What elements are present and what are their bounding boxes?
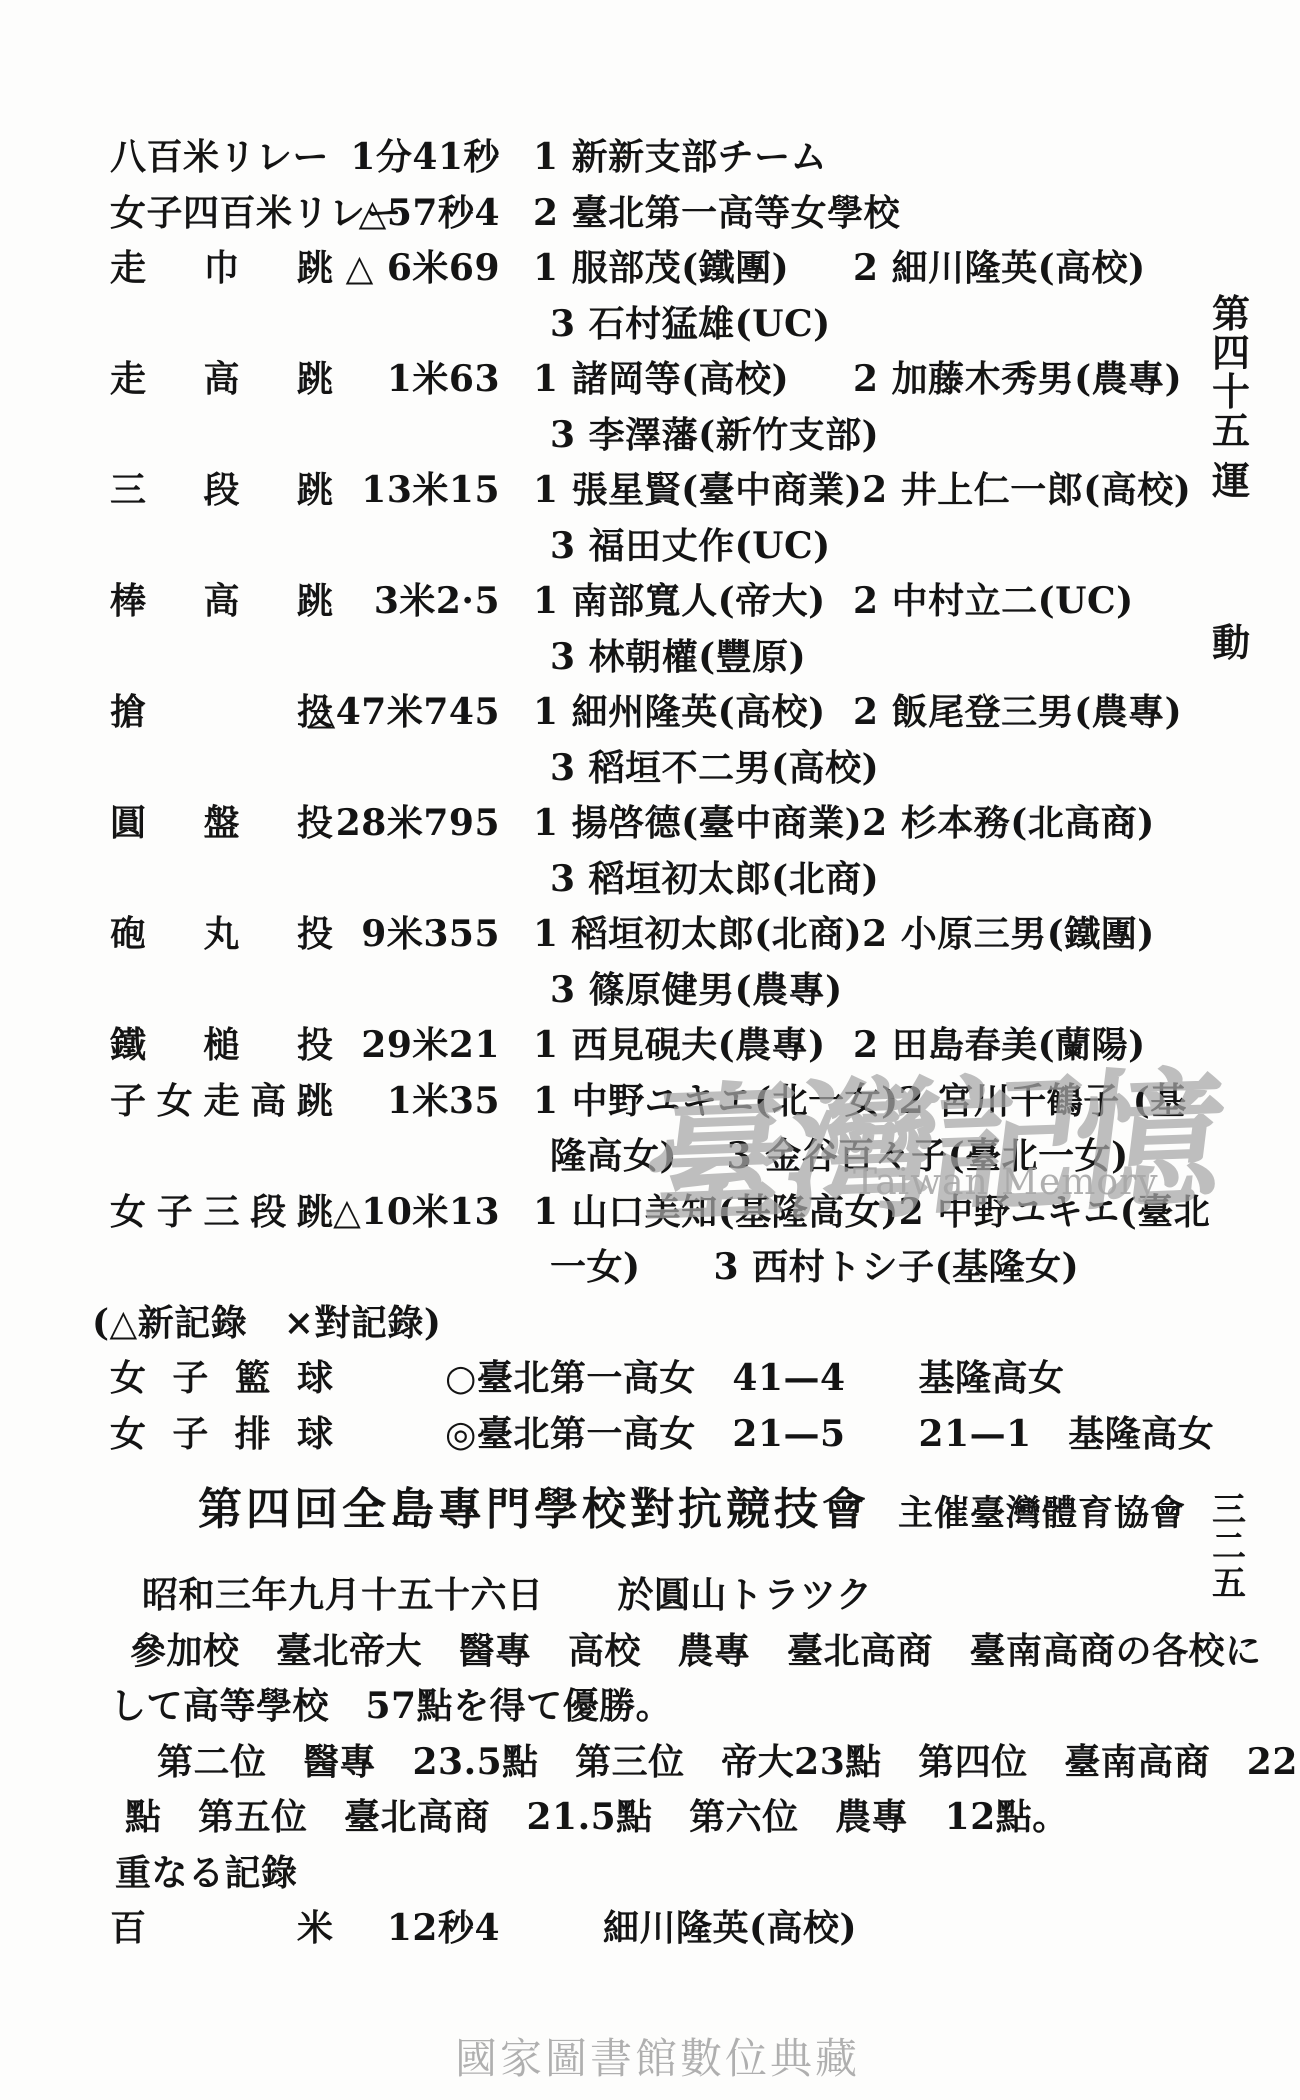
placing-second: 2 杉本務(北高商) [862,796,1155,852]
placing-second: 2 細川隆英(高校) [853,241,1146,297]
participants-text-1: 參加校 臺北帝大 醫專 高校 農專 臺北高商 臺南高商の各校に [130,1624,1262,1680]
event-char: 搶 [110,685,146,741]
record-legend-text: (△新記錄 ×對記錄) [92,1296,441,1352]
event-name: 子女走高跳 [110,1074,333,1130]
event-name: 圓盤投 [110,796,333,852]
record-row: 走巾跳△ 6米691 服部茂(鐵團)2 細川隆英(高校) [110,241,1200,297]
ball-games-list: 女子籃球○臺北第一高女 41—4 基隆高女女子排球◎臺北第一高女 21—5 21… [110,1351,1200,1462]
record-row-continuation: 3 稻垣不二男(高校) [110,741,1200,797]
meet-organizer: 主催臺灣體育協會 [898,1488,1186,1540]
placing-first: 1 揚啓德(臺中商業) [533,796,862,852]
placings: 2 臺北第一高等女學校 [500,186,900,242]
placing-third: 一女) 3 西村トシ子(基隆女) [550,1240,1079,1296]
placing-first: 1 張星賢(臺中商業) [533,463,862,519]
record-value: △47米745 [333,685,500,741]
record-legend: (△新記錄 ×對記錄) [92,1296,1200,1352]
event-char: 跳 [297,1074,333,1130]
event-name: 百米 [110,1901,333,1957]
standings-text-2: 點 第五位 臺北高商 21.5點 第六位 農專 12點。 [125,1790,1069,1846]
vertical-char: 十 [1212,372,1250,411]
participants-line-1: 參加校 臺北帝大 醫專 高校 農專 臺北高商 臺南高商の各校に [110,1624,1200,1680]
record-row-continuation: 3 福田丈作(UC) [110,519,1200,575]
placings: 1 服部茂(鐵團)2 細川隆英(高校) [500,241,1146,297]
record-value: △10米13 [333,1185,500,1241]
vertical-char: 四 [1212,333,1250,372]
placing-third: 3 石村猛雄(UC) [550,297,831,353]
event-name: 八百米リレー [110,130,333,186]
event-char: 跳 [297,574,333,630]
event-char: 鐵 [110,1018,146,1074]
placing-second: 2 井上仁一郎(高校) [862,463,1191,519]
placings: 1 南部寬人(帝大)2 中村立二(UC) [500,574,1134,630]
event-char: 女 [110,1407,146,1463]
placing-second: 2 中村立二(UC) [853,574,1134,630]
record-row: 搶投△47米7451 細州隆英(高校)2 飯尾登三男(農專) [110,685,1200,741]
placing-second: 2 田島春美(蘭陽) [853,1018,1146,1074]
event-name: 女子四百米リレー [110,186,333,242]
event-name: 走巾跳 [110,241,333,297]
placing-third: 3 篠原健男(農專) [550,963,843,1019]
standings-line-1: 第二位 醫專 23.5點 第三位 帝大23點 第四位 臺南高商 22 [110,1735,1200,1791]
event-char: 球 [297,1407,333,1463]
event-char: 跳 [297,241,333,297]
event-name: 砲丸投 [110,907,333,963]
record-value: 29米21 [333,1018,500,1074]
event-char: 高 [203,574,239,630]
record-value: △57秒4 [333,186,500,242]
ball-game-result: ◎臺北第一高女 21—5 21—1 基隆高女 [445,1407,1214,1463]
placing-first: 1 山口美知(基隆高女) [533,1185,899,1241]
event-char: 三 [203,1185,239,1241]
margin-label-dou: 動 [1208,623,1254,662]
athletic-records-list: 八百米リレー1分41秒1 新新支部チーム女子四百米リレー△57秒42 臺北第一高… [110,130,1200,1296]
event-name: 搶投 [110,685,333,741]
placing-first: 1 西見硯夫(農專) [533,1018,853,1074]
placing-first: 1 新新支部チーム [533,130,853,186]
record-row: 女子三段跳△10米131 山口美知(基隆高女)2 中野ユキエ(臺北 [110,1185,1200,1241]
placing-third: 3 稻垣初太郎(北商) [550,852,879,908]
record-row-continuation: 3 稻垣初太郎(北商) [110,852,1200,908]
vertical-char: 二 [1212,1529,1246,1566]
event-char: 巾 [203,241,239,297]
event-char: 高 [203,352,239,408]
placing-third: 3 福田丈作(UC) [550,519,831,575]
ball-game-row: 女子籃球○臺北第一高女 41—4 基隆高女 [110,1351,1200,1407]
record-row-continuation: 一女) 3 西村トシ子(基隆女) [110,1240,1200,1296]
event-char: 段 [250,1185,286,1241]
placing-first: 細川隆英(高校) [603,1901,857,1957]
event-char: 跳 [297,1185,333,1241]
record-row: 走高跳1米631 諸岡等(高校)2 加藤木秀男(農專) [110,352,1200,408]
event-name: 女子三段跳 [110,1185,333,1241]
ball-game-row: 女子排球◎臺北第一高女 21—5 21—1 基隆高女 [110,1407,1200,1463]
record-row: 鐵槌投29米211 西見硯夫(農專)2 田島春美(蘭陽) [110,1018,1200,1074]
placing-third: 3 林朝權(豐原) [550,630,806,686]
event-name: 走高跳 [110,352,333,408]
record-row: 女子四百米リレー△57秒42 臺北第一高等女學校 [110,186,1200,242]
placing-first: 1 中野ユキエ(北一女) [533,1074,899,1130]
record-row: 八百米リレー1分41秒1 新新支部チーム [110,130,1200,186]
record-row: 子女走高跳1米351 中野ユキエ(北一女)2 宮川千鶴子 (基 [110,1074,1200,1130]
standings-text-1: 第二位 醫專 23.5點 第三位 帝大23點 第四位 臺南高商 22 [157,1735,1298,1791]
record-value: 3米2·5 [333,574,500,630]
record-row-continuation: 隆高女) 3 金谷百々子(臺北一女) [110,1129,1200,1185]
event-char: 棒 [110,574,146,630]
placings: 1 諸岡等(高校)2 加藤木秀男(農專) [500,352,1182,408]
placing-second: 2 中野ユキエ(臺北 [899,1185,1211,1241]
event-char: 跳 [297,463,333,519]
event-char: 女 [110,1351,146,1407]
meet-record-row-host: 百米12秒4細川隆英(高校) [110,1901,1200,1957]
event-char: 投 [297,796,333,852]
placing-third: 隆高女) 3 金谷百々子(臺北一女) [550,1129,1129,1185]
meet-heading: 第四回全島專門學校對抗競技會 主催臺灣體育協會 [198,1478,1200,1540]
placing-second: 2 小原三男(鐵團) [862,907,1155,963]
event-char: 段 [203,463,239,519]
event-char: 子 [157,1185,193,1241]
record-value: 12秒4 [333,1901,500,1957]
placings: 1 張星賢(臺中商業)2 井上仁一郎(高校) [500,463,1191,519]
meet-date-line: 昭和三年九月十五十六日 於圓山トラツク [110,1568,1200,1624]
record-row: 砲丸投9米3551 稻垣初太郎(北商)2 小原三男(鐵團) [110,907,1200,963]
placing-first: 1 服部茂(鐵團) [533,241,853,297]
record-row-continuation: 3 李澤藩(新竹支部) [110,408,1200,464]
placing-first: 1 稻垣初太郎(北商) [533,907,862,963]
participants-text-2: して高等學校 57點を得て優勝。 [110,1679,672,1735]
event-char: 圓 [110,796,146,852]
event-char: 盤 [203,796,239,852]
event-char: 走 [110,241,146,297]
record-row-continuation: 3 石村猛雄(UC) [110,297,1200,353]
placing-third: 3 稻垣不二男(高校) [550,741,879,797]
placing-first: 1 諸岡等(高校) [533,352,853,408]
event-char: 砲 [110,907,146,963]
event-char: 子 [172,1351,208,1407]
participants-line-2: して高等學校 57點を得て優勝。 [110,1679,1200,1735]
placings: 1 稻垣初太郎(北商)2 小原三男(鐵團) [500,907,1155,963]
vertical-char: 動 [1212,623,1250,662]
placing-first: 2 臺北第一高等女學校 [533,186,900,242]
record-row-continuation: 3 林朝權(豐原) [110,630,1200,686]
event-char: 三 [110,463,146,519]
watermark-national-library: 國家圖書館數位典藏 [455,2026,860,2086]
event-char: 女 [157,1074,193,1130]
vertical-char: 五 [1212,1566,1246,1603]
vertical-char: 運 [1212,461,1250,500]
placings: 1 揚啓德(臺中商業)2 杉本務(北高商) [500,796,1155,852]
placing-second: 2 加藤木秀男(農專) [853,352,1182,408]
standings-line-2: 點 第五位 臺北高商 21.5點 第六位 農專 12點。 [110,1790,1200,1846]
page-content: 八百米リレー1分41秒1 新新支部チーム女子四百米リレー△57秒42 臺北第一高… [110,130,1200,1957]
event-char: 丸 [203,907,239,963]
placing-first: 1 南部寬人(帝大) [533,574,853,630]
record-value: 1米63 [333,352,500,408]
meet-title: 第四回全島專門學校對抗競技會 [198,1480,870,1540]
event-name: 女子籃球 [110,1351,333,1407]
placings: 1 細州隆英(高校)2 飯尾登三男(農專) [500,685,1182,741]
event-char: 子 [110,1074,146,1130]
page-number: 三二五 [1206,1492,1252,1603]
margin-label-un: 運 [1208,461,1254,500]
records-subheading-text: 重なる記錄 [115,1846,298,1902]
event-char: 走 [110,352,146,408]
record-value: △ 6米69 [333,241,500,297]
event-char: 投 [297,907,333,963]
placing-second: 2 宮川千鶴子 (基 [899,1074,1187,1130]
margin-volume-label: 第四十五 [1208,294,1254,450]
placings: 1 中野ユキエ(北一女)2 宮川千鶴子 (基 [500,1074,1187,1130]
record-row-continuation: 3 篠原健男(農專) [110,963,1200,1019]
meet-date: 昭和三年九月十五十六日 [142,1568,544,1624]
event-char: 百 [110,1901,146,1957]
event-name: 女子排球 [110,1407,333,1463]
vertical-char: 第 [1212,294,1250,333]
event-name: 棒高跳 [110,574,333,630]
event-char: 子 [172,1407,208,1463]
record-value: 13米15 [333,463,500,519]
scanned-document-page: 八百米リレー1分41秒1 新新支部チーム女子四百米リレー△57秒42 臺北第一高… [0,0,1300,2100]
event-char: 米 [297,1901,333,1957]
placing-second: 2 飯尾登三男(農專) [853,685,1182,741]
ball-game-result: ○臺北第一高女 41—4 基隆高女 [445,1351,1065,1407]
record-value: 28米795 [333,796,500,852]
record-value: 9米355 [333,907,500,963]
record-row: 圓盤投28米7951 揚啓德(臺中商業)2 杉本務(北高商) [110,796,1200,852]
event-char: 女 [110,1185,146,1241]
placings: 1 新新支部チーム [500,130,853,186]
vertical-char: 三 [1212,1492,1246,1529]
placings: 1 西見硯夫(農專)2 田島春美(蘭陽) [500,1018,1146,1074]
meet-venue: 於圓山トラツク [618,1568,873,1624]
placing-first: 1 細州隆英(高校) [533,685,853,741]
placings: 1 山口美知(基隆高女)2 中野ユキエ(臺北 [500,1185,1210,1241]
event-char: 排 [235,1407,271,1463]
event-char: 跳 [297,352,333,408]
placing-third: 3 李澤藩(新竹支部) [550,408,879,464]
event-char: 投 [297,1018,333,1074]
vertical-char: 五 [1212,411,1250,450]
event-char: 高 [250,1074,286,1130]
event-char: 走 [203,1074,239,1130]
event-char: 槌 [203,1018,239,1074]
placings: 細川隆英(高校) [500,1901,857,1957]
event-char: 籃 [235,1351,271,1407]
event-name: 鐵槌投 [110,1018,333,1074]
record-value: 1米35 [333,1074,500,1130]
record-value: 1分41秒 [333,130,500,186]
event-name: 三段跳 [110,463,333,519]
record-row: 棒高跳3米2·51 南部寬人(帝大)2 中村立二(UC) [110,574,1200,630]
records-subheading: 重なる記錄 [110,1846,1200,1902]
meet-record-row: 百米12秒4細川隆英(高校) [110,1901,1200,1957]
record-row: 三段跳13米151 張星賢(臺中商業)2 井上仁一郎(高校) [110,463,1200,519]
event-char: 球 [297,1351,333,1407]
